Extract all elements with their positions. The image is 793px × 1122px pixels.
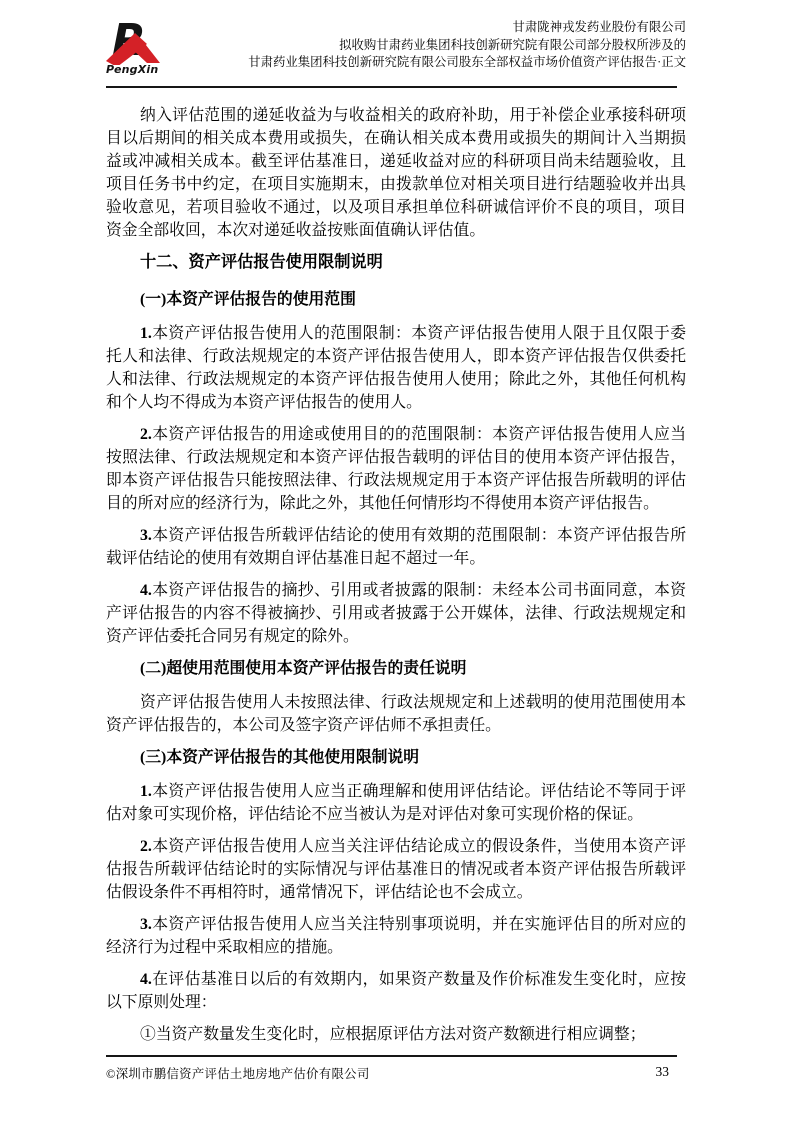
subsection-heading: (一)本资产评估报告的使用范围	[106, 288, 686, 311]
document-page: R PengXin 甘肃陇神戎发药业股份有限公司 拟收购甘肃药业集团科技创新研究…	[0, 0, 793, 1122]
body-paragraph: 4.在评估基准日以后的有效期内，如果资产数量及作价标准发生变化时，应按以下原则处…	[106, 968, 686, 1014]
body-paragraph: 纳入评估范围的递延收益为与收益相关的政府补助，用于补偿企业承接科研项目以后期间的…	[106, 104, 686, 242]
body-paragraph: 3.本资产评估报告使用人应当关注特别事项说明，并在实施评估目的所对应的经济行为过…	[106, 913, 686, 959]
subsection-heading: (三)本资产评估报告的其他使用限制说明	[106, 746, 686, 769]
header-title-line-3: 甘肃药业集团科技创新研究院有限公司股东全部权益市场价值资产评估报告·正文	[248, 54, 686, 72]
company-logo: R PengXin	[106, 17, 176, 76]
body-paragraph: 4.本资产评估报告的摘抄、引用或者披露的限制：未经本公司书面同意，本资产评估报告…	[106, 579, 686, 648]
page-footer: ©深圳市鹏信资产评估土地房地产估价有限公司 33	[106, 1064, 677, 1082]
body-paragraph: 3.本资产评估报告所载评估结论的使用有效期的范围限制：本资产评估报告所载评估结论…	[106, 524, 686, 570]
body-paragraph: 资产评估报告使用人未按照法律、行政法规规定和上述载明的使用范围使用本资产评估报告…	[106, 691, 686, 737]
document-body: 纳入评估范围的递延收益为与收益相关的政府补助，用于补偿企业承接科研项目以后期间的…	[106, 104, 686, 1048]
body-paragraph: 1.本资产评估报告使用人应当正确理解和使用评估结论。评估结论不等同于评估对象可实…	[106, 780, 686, 826]
body-paragraph: 2.本资产评估报告使用人应当关注评估结论成立的假设条件，当使用本资产评估报告所载…	[106, 835, 686, 904]
header-title-line-2: 拟收购甘肃药业集团科技创新研究院有限公司部分股权所涉及的	[248, 37, 686, 55]
body-paragraph: 2.本资产评估报告的用途或使用目的的范围限制：本资产评估报告使用人应当按照法律、…	[106, 423, 686, 515]
section-heading: 十二、资产评估报告使用限制说明	[106, 251, 686, 274]
page-header: R PengXin 甘肃陇神戎发药业股份有限公司 拟收购甘肃药业集团科技创新研究…	[106, 17, 686, 76]
footer-copyright: ©深圳市鹏信资产评估土地房地产估价有限公司	[106, 1064, 370, 1082]
footer-divider	[106, 1055, 677, 1057]
header-title-line-1: 甘肃陇神戎发药业股份有限公司	[248, 19, 686, 37]
body-paragraph: 1.本资产评估报告使用人的范围限制：本资产评估报告使用人限于且仅限于委托人和法律…	[106, 322, 686, 414]
header-title-block: 甘肃陇神戎发药业股份有限公司 拟收购甘肃药业集团科技创新研究院有限公司部分股权所…	[248, 19, 686, 72]
header-divider	[106, 86, 677, 88]
page-number: 33	[656, 1064, 670, 1080]
logo-wordmark: PengXin	[106, 63, 158, 76]
subsection-heading: (二)超使用范围使用本资产评估报告的责任说明	[106, 657, 686, 680]
body-paragraph: ①当资产数量发生变化时，应根据原评估方法对资产数额进行相应调整；	[106, 1023, 686, 1046]
pengxin-logo-icon: R	[106, 17, 164, 65]
